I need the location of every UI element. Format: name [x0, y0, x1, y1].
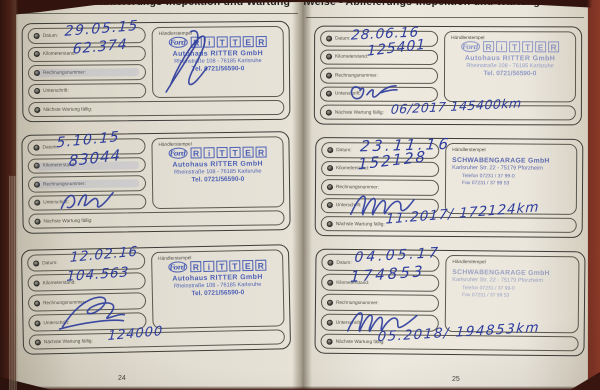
dealer-stamp-ritter: Ford R i T T E R Autohaus RITTER GmbH Rh…: [153, 146, 283, 183]
dealer-stamp-area: Händlerstempel Ford R i T T E R Autohaus…: [444, 31, 576, 102]
signature-scribble: [347, 80, 399, 104]
logo-letter: R: [255, 260, 266, 271]
entry-fields: Datum: 5.10.15 Kilometerstand: 83044 Rec…: [27, 138, 146, 211]
bullet-icon: [327, 299, 333, 305]
ritter-logo-row: Ford R i T T E R: [152, 259, 282, 273]
stamp-line: Fax 07231 / 37 99 53: [452, 292, 578, 299]
ritter-logo-row: Ford R i T T E R: [153, 146, 283, 159]
entry-fields: Datum: 28.06.16 Kilometerstand: 125401 R…: [320, 31, 438, 102]
logo-letter: R: [256, 146, 267, 157]
stamp-line: Rheinstraße 108 - 76185 Karlsruhe: [445, 62, 575, 68]
signature-scribble: [344, 188, 416, 219]
field-unterschrift: Unterschrift:: [28, 83, 146, 100]
page-title: Nachweise - Ablieferungs-Inspektion und …: [302, 0, 540, 8]
field-naechste-wartung: Nächste Wartung fällig: 05.2018/ 194853k…: [321, 334, 579, 352]
signature-scribble: [157, 25, 222, 96]
logo-letter: T: [217, 147, 228, 158]
page-right: Nachweise - Ablieferungs-Inspektion und …: [302, 0, 588, 390]
field-label: Nächste Wartung fällig:: [43, 106, 92, 112]
dealer-stamp-schwabengarage: SCHWABENGARAGE GmbH Karlsruher Str. 22 -…: [446, 157, 576, 187]
logo-letter: R: [256, 36, 267, 47]
signature-scribble: [54, 290, 127, 333]
logo-letter: T: [230, 147, 241, 158]
field-label: Datum:: [336, 147, 351, 153]
bullet-icon: [327, 319, 333, 325]
field-kilometerstand: Kilometerstand: 152128: [321, 161, 439, 177]
dealer-stamp-ritter: Ford R i T T E R Autohaus RITTER GmbH Rh…: [445, 41, 575, 77]
field-kilometerstand: Kilometerstand: 83044: [28, 157, 146, 174]
logo-letter: T: [216, 261, 227, 272]
service-entry: Datum: 12.02.16 Kilometerstand: 104.563 …: [21, 244, 291, 355]
service-book-photo: Nachweise - Ablieferungs-Inspektion und …: [0, 0, 600, 390]
handwritten-mileage: 104.563: [66, 264, 130, 285]
stamp-line: Fax 07231 / 37 99 53: [452, 180, 576, 187]
logo-letter: R: [190, 261, 201, 272]
field-rechnungsnummer: Rechnungsnummer:: [28, 64, 146, 81]
field-naechste-wartung: Nächste Wartung fällig:: [28, 100, 284, 117]
field-naechste-wartung: Nächste Wartung fällig: 11.2017/ 172124k…: [321, 216, 577, 233]
logo-letter: T: [509, 41, 520, 52]
field-label: Nächste Wartung fällig:: [335, 109, 384, 115]
logo-letter: E: [242, 260, 253, 271]
service-entry: Datum: 23.11.16 Kilometerstand: 152128 R…: [315, 137, 584, 238]
signature-scribble: [57, 187, 115, 214]
stamp-label: Händlerstempel: [452, 259, 485, 265]
dealer-stamp-area: Händlerstempel Ford R i T T E R Autohaus…: [151, 136, 284, 209]
logo-letter: i: [203, 261, 214, 272]
bullet-icon: [34, 280, 40, 286]
field-label: Kilometerstand:: [43, 51, 76, 57]
field-label: Datum:: [42, 260, 57, 266]
book-gutter-shadow: [292, 0, 312, 390]
dealer-stamp-area: Händlerstempel Ford R i T T E R Autohaus…: [151, 249, 285, 329]
dealer-stamp-schwabengarage: SCHWABENGARAGE GmbH Karlsruher Str. 22 -…: [446, 269, 578, 299]
bullet-icon: [327, 279, 333, 285]
stamp-line: Tel. 0721/56590-0: [153, 175, 283, 184]
stamp-line: Karlsruher Str. 22 - 75179 Pforzheim: [452, 277, 578, 284]
field-kilometerstand: Kilometerstand: 125401: [320, 49, 438, 65]
service-entry: Datum: 04.05.17 Kilometerstand: 174853 R…: [314, 249, 585, 357]
bullet-icon: [34, 51, 40, 57]
ford-logo-icon: Ford: [168, 261, 187, 272]
bullet-icon: [326, 54, 332, 60]
ford-logo-icon: Ford: [168, 148, 187, 159]
page-number: 24: [118, 375, 126, 382]
field-naechste-wartung: Nächste Wartung fällig: 06/2017 145400km: [320, 105, 576, 121]
field-label: Kilometerstand:: [335, 54, 368, 60]
logo-letter: R: [483, 41, 494, 52]
bullet-icon: [34, 107, 40, 113]
logo-letter: T: [230, 36, 241, 47]
logo-letter: T: [522, 41, 533, 52]
field-label: Rechnungsnummer:: [335, 73, 378, 79]
photo-edge-right: [587, 0, 600, 390]
logo-letter: i: [496, 41, 507, 52]
handwritten-date: 12.02.16: [70, 244, 139, 266]
bullet-icon: [33, 260, 39, 266]
field-label: Datum:: [335, 36, 350, 42]
ford-logo-icon: Ford: [461, 41, 480, 52]
field-label: Datum:: [336, 259, 351, 265]
logo-letter: T: [229, 260, 240, 271]
bullet-icon: [327, 184, 333, 190]
field-unterschrift: Unterschrift:: [28, 194, 146, 211]
service-entry: Datum: 5.10.15 Kilometerstand: 83044 Rec…: [21, 131, 290, 234]
stamp-line: SCHWABENGARAGE GmbH: [452, 269, 578, 277]
entry-fields: Datum: 04.05.17 Kilometerstand: 174853 R…: [321, 254, 440, 332]
bullet-icon: [327, 338, 333, 344]
ink-smear: [37, 68, 139, 77]
stamp-line: Tel. 0721/56590-0: [445, 69, 575, 76]
logo-letter: E: [535, 41, 546, 52]
stamp-line: Tel. 0721/56590-0: [153, 288, 283, 298]
bullet-icon: [34, 88, 40, 94]
bullet-icon: [34, 320, 40, 326]
bullet-icon: [35, 339, 41, 345]
bullet-icon: [34, 33, 40, 39]
bullet-icon: [327, 165, 333, 171]
stamp-line: SCHWABENGARAGE GmbH: [452, 157, 576, 165]
logo-letter: R: [548, 41, 559, 52]
logo-letter: R: [191, 147, 202, 158]
field-kilometerstand: Kilometerstand: 174853: [321, 274, 439, 292]
dealer-stamp-area: Händlerstempel Ford R i T T E R Autohaus…: [152, 26, 285, 98]
page-left: Nachweise - Ablieferungs-Inspektion und …: [16, 0, 302, 390]
field-label: Nächste Wartung fällig:: [44, 338, 93, 345]
field-kilometerstand: Kilometerstand: 62.374: [28, 46, 146, 63]
header-rule: [20, 13, 298, 14]
bullet-icon: [34, 300, 40, 306]
logo-letter: E: [243, 36, 254, 47]
page-title: Nachweise - Ablieferungs-Inspektion und …: [30, 0, 290, 8]
field-kilometerstand: Kilometerstand: 104.563: [27, 272, 145, 291]
bullet-icon: [326, 35, 332, 41]
stamp-line: Telefon 07231 / 37 99-0: [452, 173, 576, 180]
bullet-icon: [326, 72, 332, 78]
field-label: Unterschrift:: [43, 88, 69, 94]
bullet-icon: [326, 91, 332, 97]
stamp-line: Karlsruher Str. 22 - 75179 Pforzheim: [452, 165, 576, 172]
dealer-stamp-ritter: Ford R i T T E R Autohaus RITTER GmbH Rh…: [152, 259, 283, 297]
stamp-line: Autohaus RITTER GmbH: [445, 54, 575, 61]
stamp-label: Händlerstempel: [452, 147, 485, 153]
header-rule: [306, 17, 584, 18]
entry-fields: Datum: 29.05.15 Kilometerstand: 62.374 R…: [28, 27, 147, 99]
signature-scribble: [342, 305, 420, 336]
service-entry: Datum: 29.05.15 Kilometerstand: 62.374 R…: [22, 21, 291, 122]
entry-fields: Datum: 12.02.16 Kilometerstand: 104.563 …: [27, 252, 147, 331]
page-number: 25: [452, 376, 460, 383]
logo-letter: i: [204, 147, 215, 158]
field-label: Nächste Wartung fällig:: [43, 218, 92, 224]
bullet-icon: [327, 147, 333, 153]
bullet-icon: [33, 144, 39, 150]
entry-fields: Datum: 23.11.16 Kilometerstand: 152128 R…: [321, 142, 439, 214]
bullet-icon: [326, 109, 332, 115]
service-entry: Datum: 28.06.16 Kilometerstand: 125401 R…: [314, 26, 582, 126]
field-label: Datum:: [43, 33, 58, 39]
ritter-logo-row: Ford R i T T E R: [445, 41, 575, 52]
bullet-icon: [327, 221, 333, 227]
handwritten-date: 04.05.17: [354, 245, 441, 266]
field-label: Nächste Wartung fällig:: [336, 221, 385, 227]
bullet-icon: [327, 202, 333, 208]
logo-letter: E: [243, 147, 254, 158]
bullet-icon: [34, 218, 40, 224]
bullet-icon: [327, 259, 333, 265]
handwritten-date: 29.05.15: [64, 18, 139, 40]
bullet-icon: [34, 200, 40, 206]
